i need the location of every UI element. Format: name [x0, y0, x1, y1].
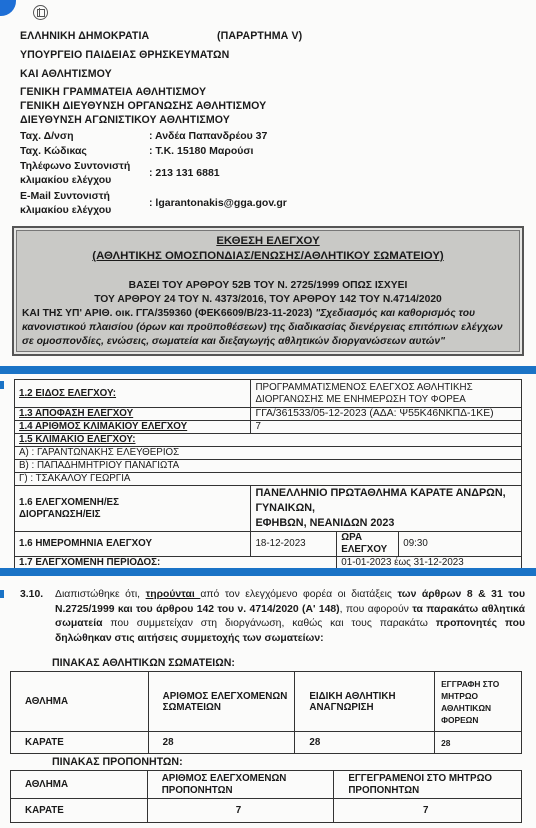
section-marker: [0, 590, 4, 598]
table-row: 1.3 ΑΠΟΦΑΣΗ ΕΛΕΓΧΟΥ ΓΓΑ/361533/05-12-202…: [15, 408, 522, 421]
date-label: 1.6 ΗΜΕΡΟΜΗΝΙΑ ΕΛΕΓΧΟΥ: [15, 532, 251, 557]
control-info-table: 1.2 ΕΙΔΟΣ ΕΛΕΓΧΟΥ: ΠΡΟΓΡΑΜΜΑΤΙΣΜΕΝΟΣ ΕΛΕ…: [14, 379, 522, 570]
section-3-10: 3.10. Διαπιστώθηκε ότι, τηρούνται από το…: [20, 588, 525, 646]
team-number-label: 1.4 ΑΡΙΘΜΟΣ ΚΛΙΜΑΚΙΟΥ ΕΛΕΓΧΟΥ: [15, 421, 251, 434]
time-value: 09:30: [399, 532, 522, 557]
header-ministry-line1: ΥΠΟΥΡΓΕΙΟ ΠΑΙΔΕΙΑΣ ΘΡΗΣΚΕΥΜΑΤΩΝ: [20, 49, 229, 61]
header-general-directorate: ΓΕΝΙΚΗ ΔΙΕΥΘΥΝΣΗ ΟΡΓΑΝΩΣΗΣ ΑΘΛΗΤΙΣΜΟΥ: [20, 100, 266, 112]
clubs-table: ΑΘΛΗΜΑ ΑΡΙΘΜΟΣ ΕΛΕΓΧΟΜΕΝΩΝ ΣΩΜΑΤΕΙΩΝ ΕΙΔ…: [10, 671, 522, 754]
event-label: 1.6 ΕΛΕΓΧΟΜΕΝΗ/ΕΣΔΙΟΡΓΑΝΩΣΗ/ΕΙΣ: [15, 486, 251, 532]
table-row: Α) : ΓΑΡΑΝΤΩΝΑΚΗΣ ΕΛΕΥΘΕΡΙΟΣ: [15, 447, 522, 460]
table-cell: 28: [148, 732, 295, 754]
table-cell: 7: [147, 799, 334, 823]
coaches-table-caption: ΠΙΝΑΚΑΣ ΠΡΟΠΟΝΗΤΩΝ:: [52, 756, 183, 768]
column-header: ΑΘΛΗΜΑ: [11, 771, 148, 799]
table-row: Γ) : ΤΣΑΚΑΛΟΥ ΓΕΩΡΓΙΑ: [15, 473, 522, 486]
table-row: ΚΑΡΑΤΕ 28 28 28: [11, 732, 522, 754]
column-header: ΕΓΓΕΓΡΑΜΕΝΟΙ ΣΤΟ ΜΗΤΡΩΟ ΠΡΟΠΟΝΗΤΩΝ: [334, 771, 522, 799]
type-label: 1.2 ΕΙΔΟΣ ΕΛΕΓΧΟΥ:: [15, 380, 251, 408]
table-row: 1.4 ΑΡΙΘΜΟΣ ΚΛΙΜΑΚΙΟΥ ΕΛΕΓΧΟΥ 7: [15, 421, 522, 434]
time-label: ΩΡΑ ΕΛΕΓΧΟΥ: [337, 532, 399, 557]
table-cell: 28: [435, 732, 522, 754]
report-title-box: ΕΚΘΕΣΗ ΕΛΕΓΧΟΥ (ΑΘΛΗΤΙΚΗΣ ΟΜΟΣΠΟΝΔΙΑΣ/ΕΝ…: [12, 226, 524, 356]
column-header: ΑΡΙΘΜΟΣ ΕΛΕΓΧΟΜΕΝΩΝ ΠΡΟΠΟΝΗΤΩΝ: [147, 771, 334, 799]
section-marker: [0, 381, 4, 389]
section-text: Διαπιστώθηκε ότι, τηρούνται από τον ελεγ…: [20, 588, 525, 646]
table-row: Β) : ΠΑΠΑΔΗΜΗΤΡΙΟΥ ΠΑΝΑΓΙΩΤΑ: [15, 460, 522, 473]
header-country: ΕΛΛΗΝΙΚΗ ΔΗΜΟΚΡΑΤΙΑ: [20, 30, 149, 42]
report-basis-line3: ΚΑΙ ΤΗΣ ΥΠ' ΑΡΙΘ. οικ. ΓΓΑ/359360 (ΦΕΚ66…: [22, 308, 475, 319]
decision-label: 1.3 ΑΠΟΦΑΣΗ ΕΛΕΓΧΟΥ: [15, 408, 251, 421]
section-number: 3.10.: [20, 588, 43, 603]
email-link[interactable]: : lgarantonakis@gga.gov.gr: [149, 196, 287, 210]
table-cell: ΚΑΡΑΤΕ: [11, 799, 148, 823]
team-member: Β) : ΠΑΠΑΔΗΜΗΤΡΙΟΥ ΠΑΝΑΓΙΩΤΑ: [15, 460, 522, 473]
report-basis-line5: σε ομοσπονδίες, ενώσεις, σωματεία και δι…: [22, 336, 445, 347]
column-header: ΕΙΔΙΚΗ ΑΘΛΗΤΙΚΗ ΑΝΑΓΝΩΡΙΣΗ: [295, 672, 435, 732]
report-basis-line2: ΤΟΥ ΑΡΘΡΟΥ 24 ΤΟΥ Ν. 4373/2016, ΤΟΥ ΑΡΘΡ…: [14, 294, 522, 305]
report-basis-line1: ΒΑΣΕΙ ΤΟΥ ΑΡΘΡΟΥ 52Β ΤΟΥ Ν. 2725/1999 ΟΠ…: [14, 280, 522, 291]
greek-coat-of-arms-icon: [33, 5, 48, 20]
decision-value: ΓΓΑ/361533/05-12-2023 (ΑΔΑ: Ψ55Κ46ΝΚΠΔ-1…: [251, 408, 522, 421]
event-value: ΠΑΝΕΛΛΗΝΙΟ ΠΡΩΤΑΘΛΗΜΑ ΚΑΡΑΤΕ ΑΝΔΡΩΝ, ΓΥΝ…: [251, 486, 522, 532]
column-header: ΑΡΙΘΜΟΣ ΕΛΕΓΧΟΜΕΝΩΝ ΣΩΜΑΤΕΙΩΝ: [148, 672, 295, 732]
table-header-row: ΑΘΛΗΜΑ ΑΡΙΘΜΟΣ ΕΛΕΓΧΟΜΕΝΩΝ ΠΡΟΠΟΝΗΤΩΝ ΕΓ…: [11, 771, 522, 799]
report-basis-line4: κανονιστικού πλαισίου (όρων και προϋποθέ…: [22, 322, 503, 333]
report-title: ΕΚΘΕΣΗ ΕΛΕΓΧΟΥ: [14, 235, 522, 247]
column-header: ΑΘΛΗΜΑ: [11, 672, 149, 732]
table-header-row: ΑΘΛΗΜΑ ΑΡΙΘΜΟΣ ΕΛΕΓΧΟΜΕΝΩΝ ΣΩΜΑΤΕΙΩΝ ΕΙΔ…: [11, 672, 522, 732]
table-row: ΚΑΡΑΤΕ 7 7: [11, 799, 522, 823]
header-directorate: ΔΙΕΥΘΥΝΣΗ ΑΓΩΝΙΣΤΙΚΟΥ ΑΘΛΗΤΙΣΜΟΥ: [20, 114, 230, 126]
team-label: 1.5 ΚΛΙΜΑΚΙΟ ΕΛΕΓΧΟΥ:: [15, 434, 522, 447]
team-member: Α) : ΓΑΡΑΝΤΩΝΑΚΗΣ ΕΛΕΥΘΕΡΙΟΣ: [15, 447, 522, 460]
contact-phone: Τηλέφωνο Συντονιστήκλιμακίου ελέγχου : 2…: [20, 158, 520, 188]
column-header: ΕΓΓΡΑΦΗ ΣΤΟ ΜΗΤΡΩΟ ΑΘΛΗΤΙΚΩΝ ΦΟΡΕΩΝ: [435, 672, 522, 732]
coaches-table: ΑΘΛΗΜΑ ΑΡΙΘΜΟΣ ΕΛΕΓΧΟΜΕΝΩΝ ΠΡΟΠΟΝΗΤΩΝ ΕΓ…: [10, 770, 522, 823]
section-divider: [0, 366, 536, 374]
table-cell: ΚΑΡΑΤΕ: [11, 732, 149, 754]
team-number-value: 7: [251, 421, 522, 434]
header-secretariat: ΓΕΝΙΚΗ ΓΡΑΜΜΑΤΕΙΑ ΑΘΛΗΤΙΣΜΟΥ: [20, 86, 206, 98]
table-row: 1.5 ΚΛΙΜΑΚΙΟ ΕΛΕΓΧΟΥ:: [15, 434, 522, 447]
contact-block: Ταχ. Δ/νση : Ανδέα Παπανδρέου 37 Ταχ. Κώ…: [20, 128, 520, 218]
header-ministry-line2: ΚΑΙ ΑΘΛΗΤΙΣΜΟΥ: [20, 68, 112, 80]
header-annex: (ΠΑΡΑΡΤΗΜΑ V): [217, 30, 302, 42]
table-row: 1.6 ΗΜΕΡΟΜΗΝΙΑ ΕΛΕΓΧΟΥ 18-12-2023 ΩΡΑ ΕΛ…: [15, 532, 522, 557]
section-divider: [0, 568, 536, 576]
report-subtitle: (ΑΘΛΗΤΙΚΗΣ ΟΜΟΣΠΟΝΔΙΑΣ/ΕΝΩΣΗΣ/ΑΘΛΗΤΙΚΟΥ …: [14, 250, 522, 262]
clubs-table-caption: ΠΙΝΑΚΑΣ ΑΘΛΗΤΙΚΩΝ ΣΩΜΑΤΕΙΩΝ:: [52, 657, 235, 669]
date-value: 18-12-2023: [251, 532, 337, 557]
contact-postal-code: Ταχ. Κώδικας : Τ.Κ. 15180 Μαρούσι: [20, 143, 520, 158]
contact-email: E-Mail Συντονιστήκλιμακίου ελέγχου : lga…: [20, 188, 520, 218]
contact-address: Ταχ. Δ/νση : Ανδέα Παπανδρέου 37: [20, 128, 520, 143]
type-value: ΠΡΟΓΡΑΜΜΑΤΙΣΜΕΝΟΣ ΕΛΕΓΧΟΣ ΑΘΛΗΤΙΚΗΣΔΙΟΡΓ…: [251, 380, 522, 408]
table-row: 1.2 ΕΙΔΟΣ ΕΛΕΓΧΟΥ: ΠΡΟΓΡΑΜΜΑΤΙΣΜΕΝΟΣ ΕΛΕ…: [15, 380, 522, 408]
corner-badge: [0, 0, 16, 16]
table-row: 1.6 ΕΛΕΓΧΟΜΕΝΗ/ΕΣΔΙΟΡΓΑΝΩΣΗ/ΕΙΣ ΠΑΝΕΛΛΗΝ…: [15, 486, 522, 532]
team-member: Γ) : ΤΣΑΚΑΛΟΥ ΓΕΩΡΓΙΑ: [15, 473, 522, 486]
table-cell: 28: [295, 732, 435, 754]
table-cell: 7: [334, 799, 522, 823]
